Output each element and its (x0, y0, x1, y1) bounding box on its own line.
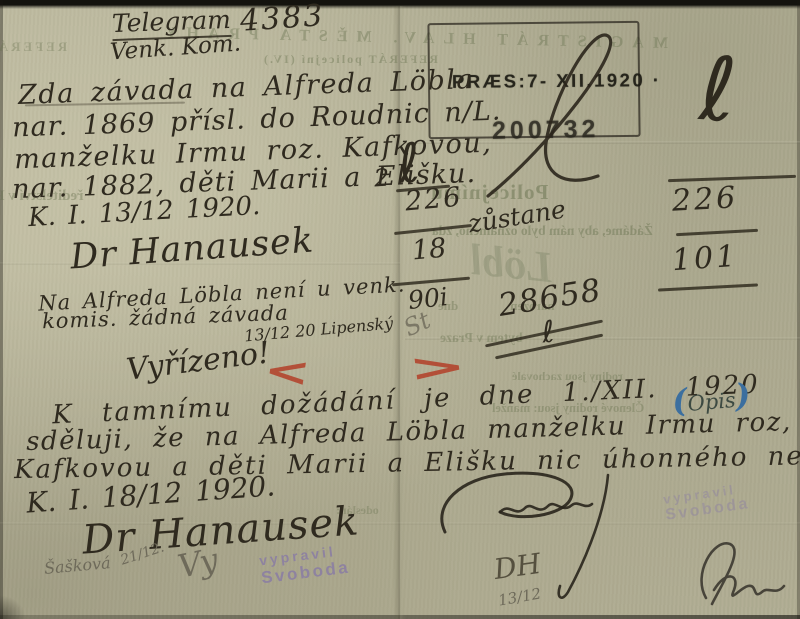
signature-hanausek-1: Dr Hanausek (69, 221, 315, 278)
pencil-flourish: Vy (174, 540, 221, 585)
ledger-file-suffix: ℓ (540, 315, 555, 351)
ledger-right-rule-2 (676, 229, 758, 236)
red-crayon-left: < (261, 346, 314, 395)
body1-line4-mark: 2 (373, 164, 390, 193)
ledger-right-n1: 226 (671, 180, 739, 218)
ledger-right-mark: ℓ (697, 37, 739, 142)
scan-edge-left (0, 0, 3, 619)
signature-flourish-center (420, 460, 670, 610)
ghost-referat-line: REFERÁT policejní (IV.) (262, 52, 438, 67)
signature-flourish-right (678, 532, 793, 617)
ledger-right-rule-3 (658, 283, 758, 291)
ledger-right-n2: 101 (671, 239, 740, 279)
telegram-number: 4383 (239, 0, 326, 39)
corner-shadow (0, 595, 26, 619)
ghost-referat-edge: REFERÁT (0, 39, 67, 55)
document-page: MAGISTRÁT HLAV. MĚSTA PRAHY REFERÁT poli… (0, 0, 800, 619)
resolution-label: Vyřízeno! (124, 335, 272, 387)
pencil-name-saskova: Šašková (43, 553, 111, 578)
dispatch-stamp-right: vypravil Svoboda (662, 480, 751, 524)
ledger-left-n2: 18 (411, 233, 448, 267)
scan-edge-top (0, 0, 800, 9)
pencil-initials: DH (492, 547, 543, 586)
